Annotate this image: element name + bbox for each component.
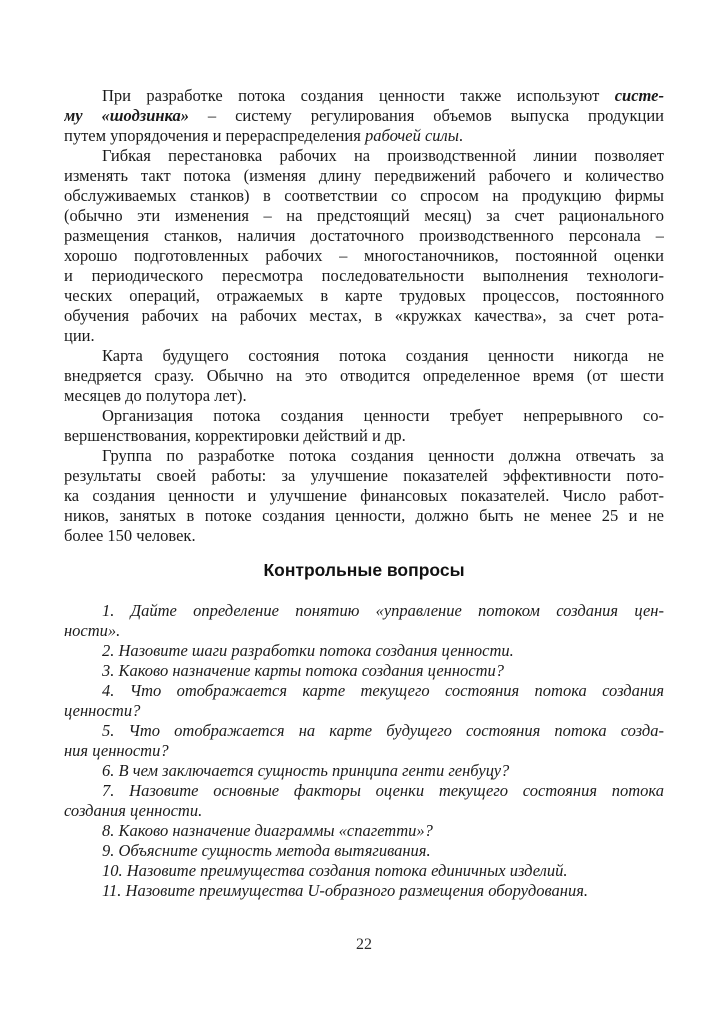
paragraph-line: обслуживаемых станков) в соответствии со… <box>64 186 664 206</box>
question: 8. Каково назначение диаграммы «спагетти… <box>64 821 664 841</box>
paragraph-line: При разработке потока создания ценности … <box>64 86 664 106</box>
question-line: ности». <box>64 621 664 641</box>
paragraph-line: более 150 человек. <box>64 526 664 546</box>
question-line: 11. Назовите преимущества U-образного ра… <box>64 881 664 901</box>
body-paragraphs: При разработке потока создания ценности … <box>64 86 664 546</box>
paragraph-line: обучения рабочих на рабочих местах, в «к… <box>64 306 664 326</box>
document-page: При разработке потока создания ценности … <box>0 0 724 1024</box>
paragraph-line: (обычно эти изменения – на предстоящий м… <box>64 206 664 226</box>
question-line: 5. Что отображается на карте будущего со… <box>64 721 664 741</box>
question: 6. В чем заключается сущность принципа г… <box>64 761 664 781</box>
paragraph-line: ников, занятых в потоке создания ценност… <box>64 506 664 526</box>
paragraph-line: ческих операций, отражаемых в карте труд… <box>64 286 664 306</box>
question: 9. Объясните сущность метода вытягивания… <box>64 841 664 861</box>
paragraph: Организация потока создания ценности тре… <box>64 406 664 446</box>
paragraph-line: изменять такт потока (изменяя длину пере… <box>64 166 664 186</box>
paragraph-line: Гибкая перестановка рабочих на производс… <box>64 146 664 166</box>
question-line: 10. Назовите преимущества создания поток… <box>64 861 664 881</box>
question: 4. Что отображается карте текущего состо… <box>64 681 664 721</box>
question: 3. Каково назначение карты потока создан… <box>64 661 664 681</box>
paragraph-line: Группа по разработке потока создания цен… <box>64 446 664 466</box>
question-line: 2. Назовите шаги разработки потока созда… <box>64 641 664 661</box>
paragraph: При разработке потока создания ценности … <box>64 86 664 146</box>
paragraph-line: путем упорядочения и перераспределения р… <box>64 126 664 146</box>
questions-list: 1. Дайте определение понятию «управление… <box>64 601 664 901</box>
paragraph-line: Организация потока создания ценности тре… <box>64 406 664 426</box>
question: 1. Дайте определение понятию «управление… <box>64 601 664 641</box>
paragraph-line: му «шодзинка» – систему регулирования об… <box>64 106 664 126</box>
section-heading: Контрольные вопросы <box>64 560 664 580</box>
question-line: ценности? <box>64 701 664 721</box>
question: 11. Назовите преимущества U-образного ра… <box>64 881 664 901</box>
paragraph: Гибкая перестановка рабочих на производс… <box>64 146 664 346</box>
question-line: создания ценности. <box>64 801 664 821</box>
question-line: ния ценности? <box>64 741 664 761</box>
question-line: 8. Каково назначение диаграммы «спагетти… <box>64 821 664 841</box>
question: 5. Что отображается на карте будущего со… <box>64 721 664 761</box>
question-line: 7. Назовите основные факторы оценки теку… <box>64 781 664 801</box>
paragraph-line: Карта будущего состояния потока создания… <box>64 346 664 366</box>
paragraph-line: размещения станков, наличия достаточного… <box>64 226 664 246</box>
question: 2. Назовите шаги разработки потока созда… <box>64 641 664 661</box>
paragraph-line: месяцев до полутора лет). <box>64 386 664 406</box>
question-line: 3. Каково назначение карты потока создан… <box>64 661 664 681</box>
question-line: 4. Что отображается карте текущего состо… <box>64 681 664 701</box>
paragraph-line: вершенствования, корректировки действий … <box>64 426 664 446</box>
question-line: 1. Дайте определение понятию «управление… <box>64 601 664 621</box>
paragraph-line: внедряется сразу. Обычно на это отводитс… <box>64 366 664 386</box>
paragraph: Группа по разработке потока создания цен… <box>64 446 664 546</box>
paragraph-line: ции. <box>64 326 664 346</box>
question-line: 9. Объясните сущность метода вытягивания… <box>64 841 664 861</box>
question-line: 6. В чем заключается сущность принципа г… <box>64 761 664 781</box>
paragraph-line: хорошо подготовленных рабочих – многоста… <box>64 246 664 266</box>
paragraph-line: результаты своей работы: за улучшение по… <box>64 466 664 486</box>
page-number: 22 <box>64 936 664 954</box>
question: 7. Назовите основные факторы оценки теку… <box>64 781 664 821</box>
paragraph: Карта будущего состояния потока создания… <box>64 346 664 406</box>
paragraph-line: и периодического пересмотра последовател… <box>64 266 664 286</box>
paragraph-line: ка создания ценности и улучшение финансо… <box>64 486 664 506</box>
question: 10. Назовите преимущества создания поток… <box>64 861 664 881</box>
